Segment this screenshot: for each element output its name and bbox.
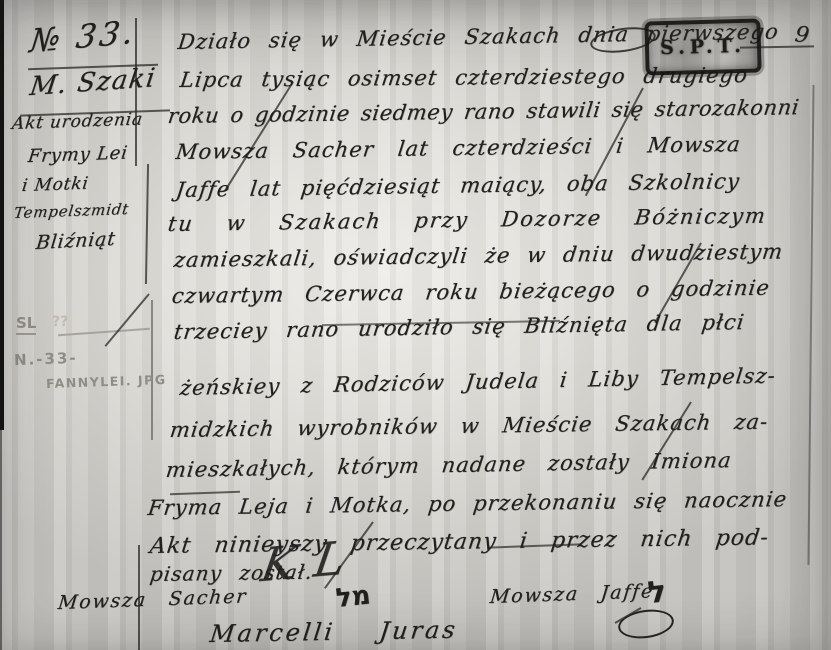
document-scan: № 33. M. Szaki Akt urodzenia Frymy Lei i… [0,0,831,650]
signature-witness1-mark: מל [334,580,371,613]
act-text-line: roku o godzinie siedmey rano stawili się… [166,95,800,128]
act-text-line: zamieszkali, oświadczyli że w dniu dwudz… [172,239,784,272]
act-text-line: mieszkałych, którym nadane zostały Imion… [165,448,734,482]
page-fold-line [807,85,814,565]
registry-stamp: S.P.T. [644,18,761,75]
act-text-line: trzeciey rano urodziło się Bliźnięta dla… [173,310,747,344]
act-text-line: Fryma Leja i Motka, po przekonaniu się n… [146,487,788,520]
margin-note-line: Tempelszmidt [13,200,130,222]
registry-stamp-text: S.P.T. [660,35,746,59]
act-text-line: czwartym Czerwca roku bieżącego o godzin… [170,276,771,308]
signature-scribble [616,606,675,642]
margin-note-line: Frymy Lei [27,142,129,167]
signature-witness2: Mowsza Jaffe [489,580,655,608]
margin-note-line: Akt urodzenia [11,109,144,134]
margin-divider [151,300,153,440]
ink-stroke [105,293,150,346]
signature-witness2-mark: ל [646,574,668,611]
act-text-line: Akt ninieyszy przeczytany i przez nich p… [148,525,770,559]
act-text-line: tu w Szakach przy Dozorze Bóżniczym [166,204,768,236]
margin-note-line: Bliźniąt [35,228,117,254]
act-text-line: midzkich wyrobników w Mieście Szakach za… [168,410,769,442]
act-text-line: Jaffe lat pięćdziesiąt maiący, oba Szkol… [175,169,742,202]
signature-witness1: Mowsza Sacher [57,585,248,614]
scan-edge-left-lower [0,430,2,650]
margin-divider [145,164,149,284]
signature-registrar: Marcelli Juras [208,616,459,648]
pencil-initials: SL [16,314,36,335]
scan-edge-left [0,0,4,430]
ink-stroke [224,81,294,191]
record-number: № 33. [28,12,139,60]
pencil-record-number: N.-33- [14,349,78,369]
pencil-faint-marks: ?? [52,314,68,330]
pencil-stroke [58,328,150,336]
pencil-names: FANNYLEI. JPG [46,372,167,391]
margin-note-line: i Motki [21,174,90,196]
act-text-line: żeńskiey z Rodziców Judela i Liby Tempel… [179,363,778,400]
